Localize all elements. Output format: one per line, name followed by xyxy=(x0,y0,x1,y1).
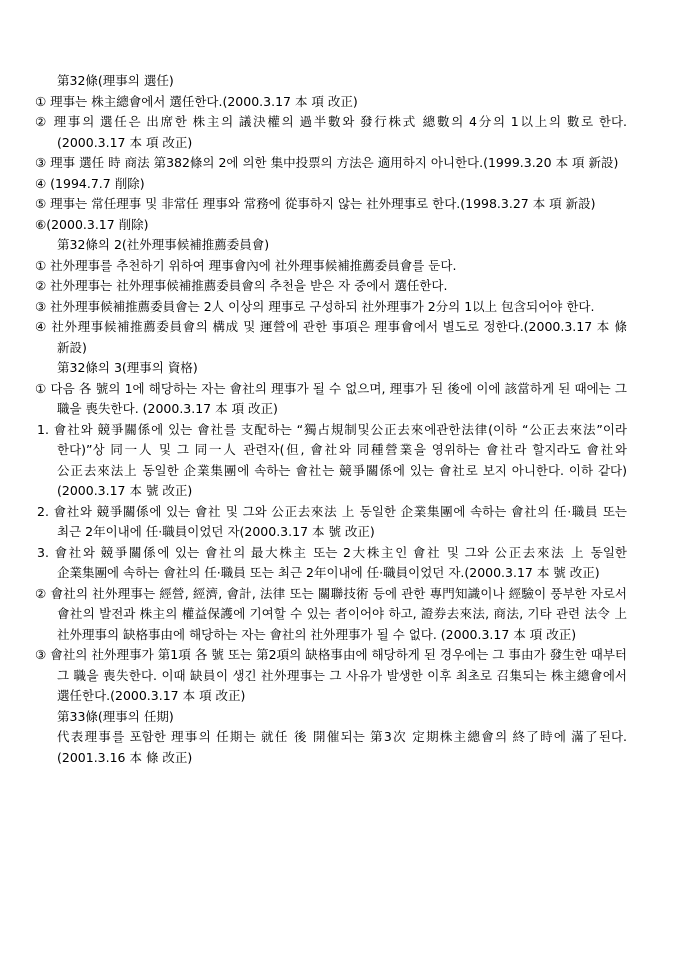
clause: ⑥(2000.3.17 削除) xyxy=(57,215,627,236)
clause: ② 會社의 社外理事는 經營, 經濟, 會計, 法律 또는 關聯技術 등에 관한… xyxy=(57,584,627,646)
document-text-block: 第32條(理事의 選任) ① 理事는 株主總會에서 選任한다.(2000.3.1… xyxy=(57,71,627,768)
clause: ③ 理事 選任 時 商法 第382條의 2에 의한 集中投票의 方法은 適用하지… xyxy=(57,153,627,174)
clause: ④ 社外理事候補推薦委員會의 構成 및 運營에 관한 事項은 理事會에서 별도로… xyxy=(57,317,627,358)
clause: ④ (1994.7.7 削除) xyxy=(57,174,627,195)
clause: ③ 會社의 社外理事가 第1項 各 號 또는 第2項의 缺格事由에 해당하게 된… xyxy=(57,645,627,707)
article-heading: 第32條의 3(理事의 資格) xyxy=(57,358,627,379)
clause: ① 다음 各 號의 1에 해당하는 자는 會社의 理事가 될 수 없으며, 理事… xyxy=(57,379,627,420)
clause: ① 理事는 株主總會에서 選任한다.(2000.3.17 本 項 改正) xyxy=(57,92,627,113)
clause: ① 社外理事를 추천하기 위하여 理事會內에 社外理事候補推薦委員會를 둔다. xyxy=(57,256,627,277)
article-heading: 第33條(理事의 任期) xyxy=(57,707,627,728)
sub-item: 1. 會社와 競爭關係에 있는 會社를 支配하는 “獨占規制및公正去來에관한法律… xyxy=(57,420,627,502)
document-page: { "doc": { "language": "ko (Hangul + Han… xyxy=(0,0,680,962)
clause: ③ 社外理事候補推薦委員會는 2人 이상의 理事로 구성하되 社外理事가 2分의… xyxy=(57,297,627,318)
clause: ⑤ 理事는 常任理事 및 非常任 理事와 常務에 從事하지 않는 社外理事로 한… xyxy=(57,194,627,215)
clause: ② 理事의 選任은 出席한 株主의 議決權의 過半數와 發行株式 總數의 4分의… xyxy=(57,112,627,153)
clause: ② 社外理事는 社外理事候補推薦委員會의 추천을 받은 자 중에서 選任한다. xyxy=(57,276,627,297)
article-heading: 第32條의 2(社外理事候補推薦委員會) xyxy=(57,235,627,256)
sub-item: 2. 會社와 競爭關係에 있는 會社 및 그와 公正去來法 上 동일한 企業集團… xyxy=(57,502,627,543)
article-body: 代表理事를 포함한 理事의 任期는 就任 後 開催되는 第3次 定期株主總會의 … xyxy=(57,727,627,768)
sub-item: 3. 會社와 競爭關係에 있는 會社의 最大株主 또는 2大株主인 會社 및 그… xyxy=(57,543,627,584)
article-heading: 第32條(理事의 選任) xyxy=(57,71,627,92)
